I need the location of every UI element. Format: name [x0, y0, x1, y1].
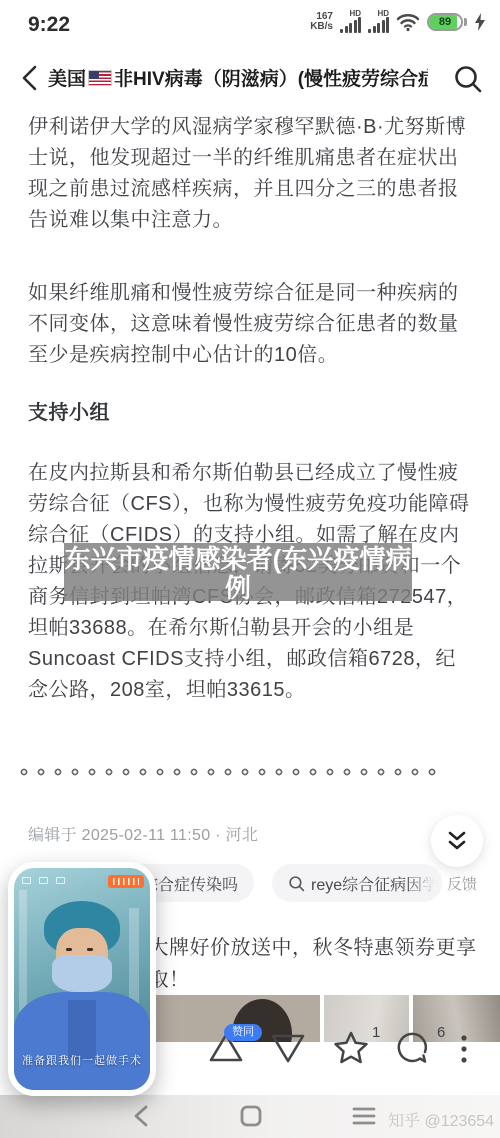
battery-nub [464, 18, 467, 26]
signal-icon-sim2: HD [368, 11, 389, 33]
ad-line1: 搭大牌好价放送中，秋冬特惠领券更享 [128, 932, 478, 964]
downvote-icon[interactable] [270, 1032, 306, 1064]
article-paragraph: 伊利诺伊大学的风湿病学家穆罕默德·B·尤努斯博士说，他发现超过一半的纤维肌痛患者… [28, 112, 474, 236]
page-title: 美国 非HIV病毒（阴滋病）(慢性疲劳综合症) 实... [48, 64, 428, 91]
dotted-divider [20, 768, 444, 777]
nav-back-icon[interactable] [132, 1105, 150, 1127]
eye [87, 948, 93, 951]
video-player-controls [22, 877, 65, 884]
search-icon[interactable] [452, 63, 484, 95]
android-nav-bar: 知乎 @123654 [0, 1095, 500, 1138]
video-caption: 准备跟我们一起做手术 [14, 1052, 150, 1068]
charging-bolt-icon [474, 13, 486, 31]
article-paragraph: 如果纤维肌痛和慢性疲劳综合征是同一种疾病的不同变体，这意味着慢性疲劳综合征患者的… [28, 278, 474, 371]
phone-screen: 9:22 167 KB/s HD HD 89 [0, 0, 500, 1138]
watermark-line1: 东兴市疫情感染者(东兴疫情病例 [64, 545, 412, 603]
net-speed-unit: KB/s [310, 22, 333, 32]
comment-icon[interactable] [396, 1032, 430, 1064]
watermark-line2: ) [64, 603, 412, 632]
upvote-badge: 赞同 [224, 1024, 262, 1041]
status-bar: 9:22 167 KB/s HD HD 89 [0, 0, 500, 50]
title-prefix: 美国 [48, 64, 86, 91]
collapse-button[interactable] [431, 815, 483, 867]
related-search-chip[interactable]: reye综合征病因学 [272, 864, 442, 902]
video-corner-badge [108, 875, 144, 888]
signal-icon-sim1: HD [340, 11, 361, 33]
battery-icon: 89 [427, 13, 463, 31]
title-suffix: 非HIV病毒（阴滋病）(慢性疲劳综合症) 实... [114, 64, 428, 91]
ad-line2: 领取！ [128, 964, 478, 996]
floating-video-player[interactable]: 准备跟我们一起做手术 [8, 862, 156, 1096]
eye [66, 948, 72, 951]
search-icon [288, 875, 305, 892]
nav-home-icon[interactable] [240, 1105, 262, 1127]
nav-recents-icon[interactable] [352, 1106, 376, 1126]
hd-label: HD [377, 9, 389, 18]
edited-timestamp: 编辑于 2025-02-11 11:50 · 河北 [28, 822, 258, 845]
scrubs [14, 992, 150, 1090]
us-flag-icon [88, 70, 112, 86]
app-header: 美国 非HIV病毒（阴滋病）(慢性疲劳综合症) 实... [0, 50, 500, 106]
wifi-icon [396, 12, 420, 32]
feedback-link[interactable]: 反馈 [447, 873, 477, 894]
surgical-mask [52, 955, 112, 993]
back-icon[interactable] [16, 63, 46, 93]
watermark-overlay: 东兴市疫情感染者(东兴疫情病例 ) [64, 543, 412, 601]
clock: 9:22 [28, 13, 70, 37]
network-speed: 167 KB/s [310, 12, 333, 32]
ad-text[interactable]: 搭大牌好价放送中，秋冬特惠领券更享 领取！ [128, 932, 478, 996]
video-thumbnail: 准备跟我们一起做手术 [14, 868, 150, 1090]
comment-count: 6 [437, 1024, 445, 1041]
zhihu-watermark: 知乎 @123654 [388, 1108, 494, 1131]
favorite-count: 1 [372, 1024, 380, 1041]
article-heading: 支持小组 [28, 398, 474, 429]
battery-percent: 89 [429, 15, 461, 29]
favorite-star-icon[interactable] [332, 1030, 370, 1066]
more-options-icon[interactable] [460, 1034, 468, 1064]
hd-label: HD [349, 9, 361, 18]
double-chevron-down-icon [446, 830, 468, 852]
